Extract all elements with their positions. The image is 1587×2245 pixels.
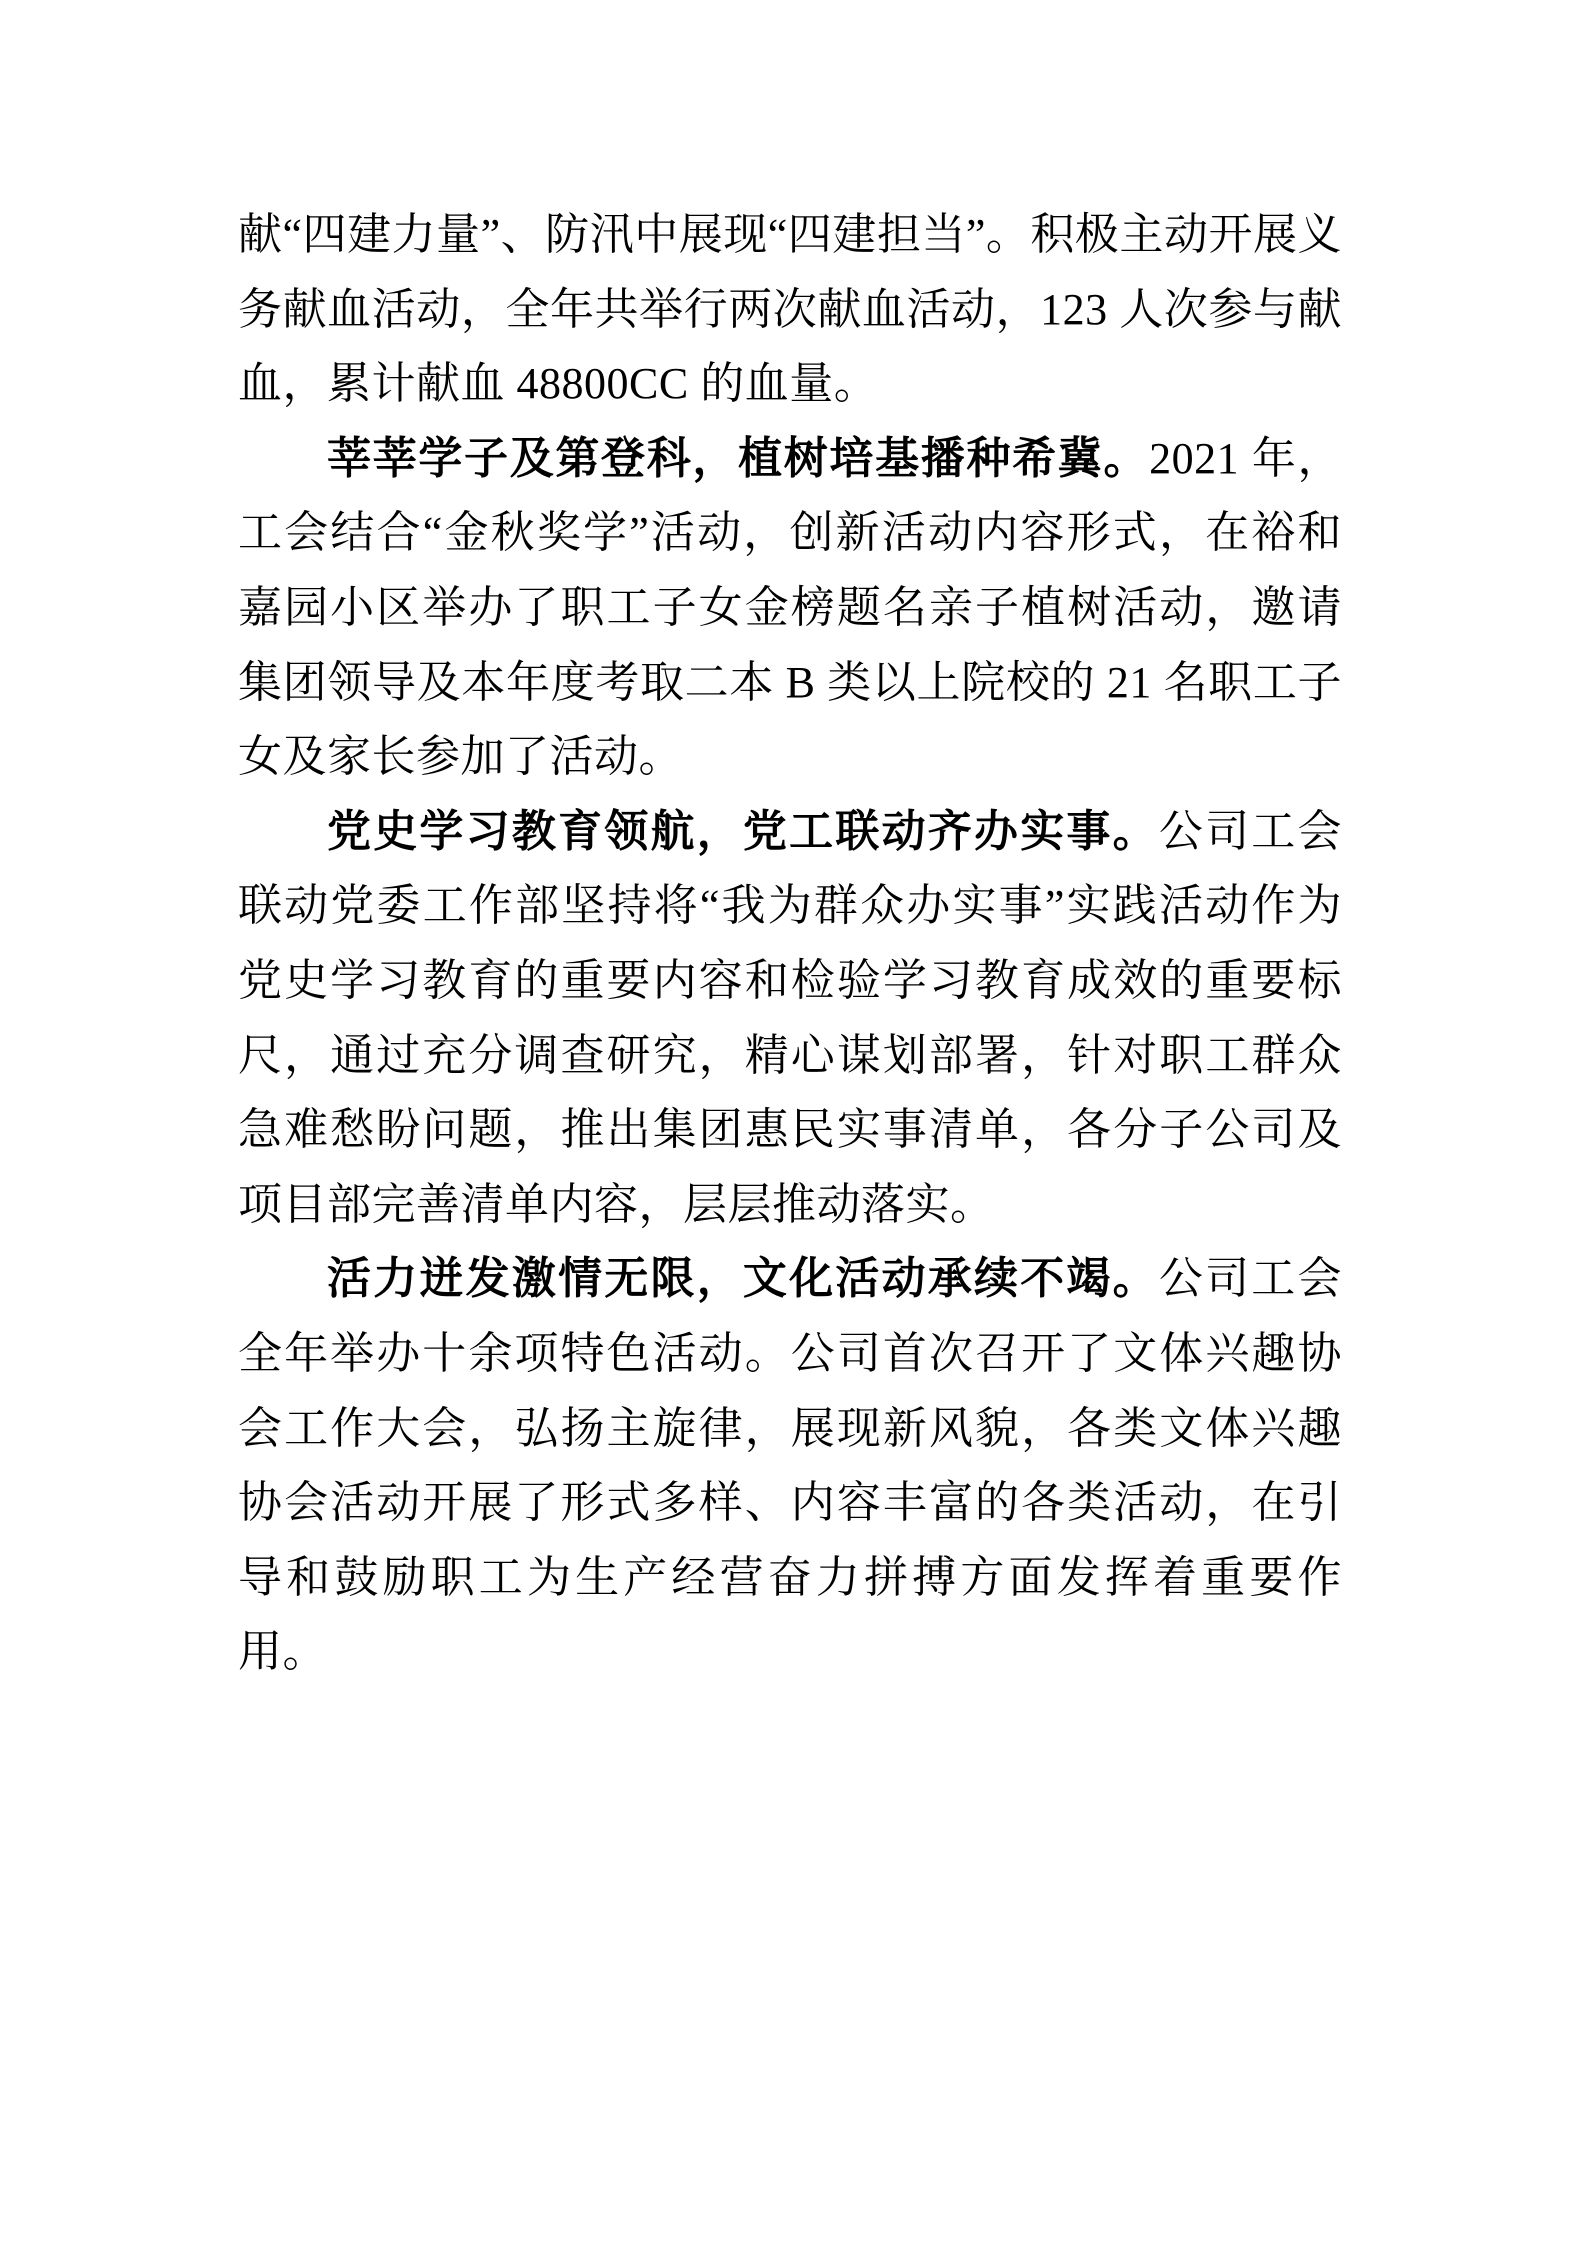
paragraph-1-body: 献“四建力量”、防汛中展现“四建担当”。积极主动开展义务献血活动，全年共举行两次… [238,210,1342,408]
paragraph-1: 献“四建力量”、防汛中展现“四建担当”。积极主动开展义务献血活动，全年共举行两次… [238,198,1342,422]
paragraph-4-lead: 活力迸发激情无限，文化活动承续不竭。 [327,1254,1159,1303]
paragraph-2-body: 2021 年，工会结合“金秋奖学”活动，创新活动内容形式，在裕和嘉园小区举办了职… [238,434,1342,781]
text-body: 献“四建力量”、防汛中展现“四建担当”。积极主动开展义务献血活动，全年共举行两次… [238,198,1342,1690]
paragraph-3-body: 公司工会联动党委工作部坚持将“我为群众办实事”实践活动作为党史学习教育的重要内容… [238,807,1342,1229]
paragraph-4-body: 公司工会全年举办十余项特色活动。公司首次召开了文体兴趣协会工作大会，弘扬主旋律，… [238,1254,1342,1676]
paragraph-4: 活力迸发激情无限，文化活动承续不竭。公司工会全年举办十余项特色活动。公司首次召开… [238,1242,1342,1690]
paragraph-2: 莘莘学子及第登科，植树培基播种希冀。2021 年，工会结合“金秋奖学”活动，创新… [238,422,1342,795]
paragraph-3: 党史学习教育领航，党工联动齐办实事。公司工会联动党委工作部坚持将“我为群众办实事… [238,795,1342,1243]
paragraph-3-lead: 党史学习教育领航，党工联动齐办实事。 [327,807,1159,856]
paragraph-2-lead: 莘莘学子及第登科，植树培基播种希冀。 [327,434,1149,483]
document-page: 献“四建力量”、防汛中展现“四建担当”。积极主动开展义务献血活动，全年共举行两次… [0,0,1587,2245]
